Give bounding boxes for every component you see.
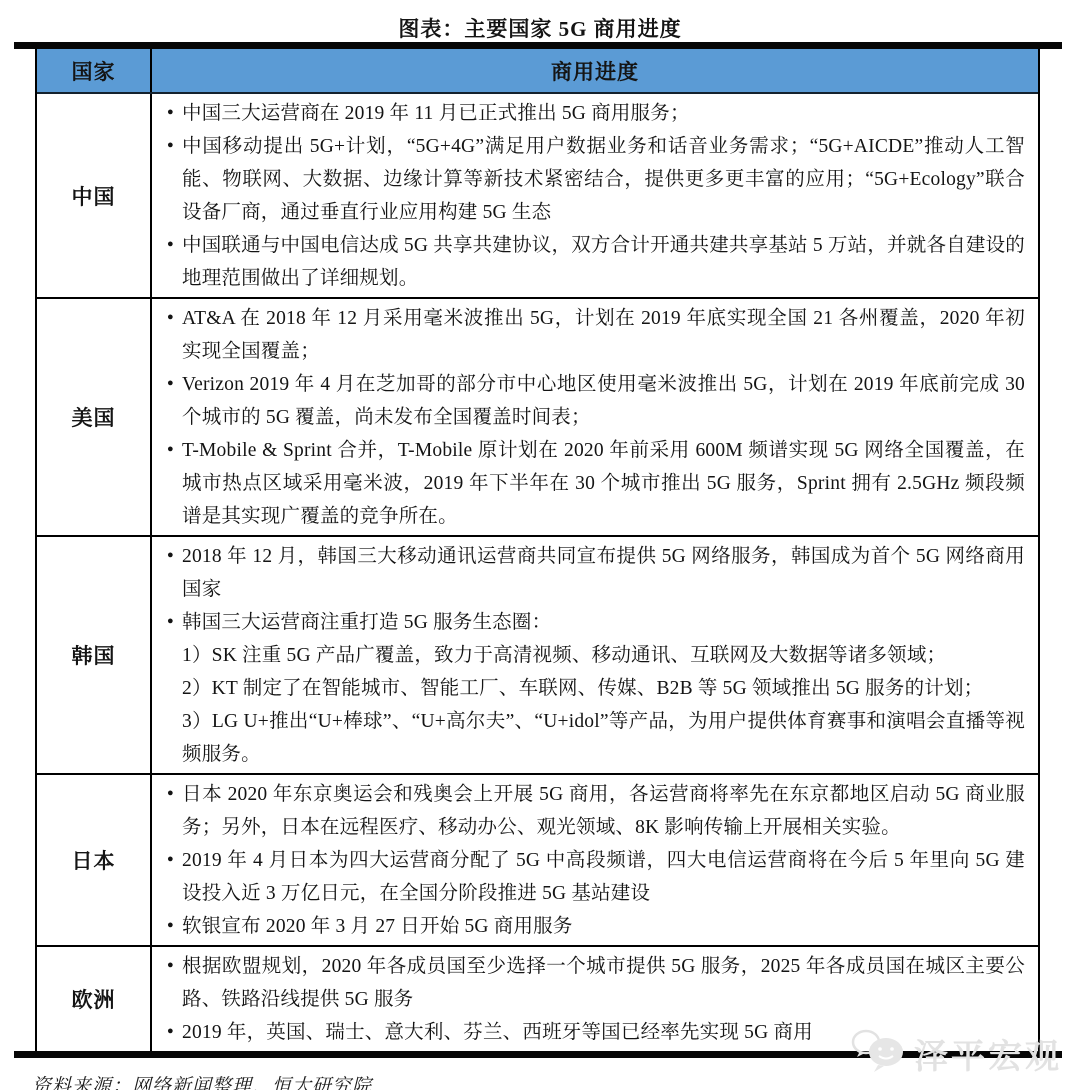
country-label: 韩国 [72,640,116,670]
header-cell-progress: 商用进度 [152,49,1038,92]
bottom-divider-bar [14,1051,1062,1058]
bullet-icon: ● [167,129,174,162]
table-row: 韩国 ●2018 年 12 月，韩国三大移动通讯运营商共同宣布提供 5G 网络服… [37,537,1038,775]
progress-table: 国家 商用进度 中国 ●中国三大运营商在 2019 年 11 月已正式推出 5G… [35,49,1040,1051]
item-text: 2019 年 4 月日本为四大运营商分配了 5G 中高段频谱，四大电信运营商将在… [182,850,1025,904]
bullet-item: ●软银宣布 2020 年 3 月 27 日开始 5G 商用服务 [162,910,1025,943]
item-text: 2018 年 12 月，韩国三大移动通讯运营商共同宣布提供 5G 网络服务，韩国… [182,546,1025,600]
item-text: Verizon 2019 年 4 月在芝加哥的部分市中心地区使用毫米波推出 5G… [182,374,1025,428]
source-note: 资料来源：网络新闻整理，恒大研究院 [32,1071,1080,1090]
bullet-icon: ● [167,367,174,400]
progress-cell: ●2018 年 12 月，韩国三大移动通讯运营商共同宣布提供 5G 网络服务，韩… [152,537,1038,773]
country-cell: 欧洲 [37,947,152,1051]
table-rows: 中国 ●中国三大运营商在 2019 年 11 月已正式推出 5G 商用服务；●中… [37,94,1038,1051]
progress-cell: ●AT&A 在 2018 年 12 月采用毫米波推出 5G，计划在 2019 年… [152,299,1038,535]
bullet-item: ●根据欧盟规划，2020 年各成员国至少选择一个城市提供 5G 服务，2025 … [162,950,1025,1016]
bullet-item: ●中国三大运营商在 2019 年 11 月已正式推出 5G 商用服务； [162,97,1025,130]
item-text: 根据欧盟规划，2020 年各成员国至少选择一个城市提供 5G 服务，2025 年… [182,956,1025,1010]
bullet-icon: ● [167,539,174,572]
bullet-item: ●Verizon 2019 年 4 月在芝加哥的部分市中心地区使用毫米波推出 5… [162,368,1025,434]
bullet-item: ●AT&A 在 2018 年 12 月采用毫米波推出 5G，计划在 2019 年… [162,302,1025,368]
item-text: 日本 2020 年东京奥运会和残奥会上开展 5G 商用，各运营商将率先在东京都地… [182,784,1025,838]
country-label: 中国 [72,181,116,211]
progress-cell: ●根据欧盟规划，2020 年各成员国至少选择一个城市提供 5G 服务，2025 … [152,947,1038,1051]
table-row: 日本 ●日本 2020 年东京奥运会和残奥会上开展 5G 商用，各运营商将率先在… [37,775,1038,947]
bullet-icon: ● [167,96,174,129]
bullet-icon: ● [167,1015,174,1048]
bullet-icon: ● [167,605,174,638]
bullet-icon: ● [167,843,174,876]
item-text: 1）SK 注重 5G 产品广覆盖，致力于高清视频、移动通讯、互联网及大数据等诸多… [182,645,946,666]
country-label: 欧洲 [72,984,116,1014]
item-text: 2019 年，英国、瑞士、意大利、芬兰、西班牙等国已经率先实现 5G 商用 [182,1022,813,1043]
top-divider-bar [14,42,1062,49]
bullet-item: ●韩国三大运营商注重打造 5G 服务生态圈： [162,606,1025,639]
bullet-icon: ● [167,909,174,942]
table-row: 欧洲 ●根据欧盟规划，2020 年各成员国至少选择一个城市提供 5G 服务，20… [37,947,1038,1051]
item-text: 中国三大运营商在 2019 年 11 月已正式推出 5G 商用服务； [182,103,690,124]
progress-cell: ●日本 2020 年东京奥运会和残奥会上开展 5G 商用，各运营商将率先在东京都… [152,775,1038,945]
item-text: AT&A 在 2018 年 12 月采用毫米波推出 5G，计划在 2019 年底… [182,308,1025,362]
bullet-item: ●中国移动提出 5G+计划，“5G+4G”满足用户数据业务和话音业务需求；“5G… [162,130,1025,229]
item-text: 韩国三大运营商注重打造 5G 服务生态圈： [182,612,551,633]
country-label: 美国 [72,402,116,432]
bullet-icon: ● [167,228,174,261]
bullet-icon: ● [167,949,174,982]
bullet-item: ●2019 年 4 月日本为四大运营商分配了 5G 中高段频谱，四大电信运营商将… [162,844,1025,910]
sub-item: 2）KT 制定了在智能城市、智能工厂、车联网、传媒、B2B 等 5G 领域推出 … [162,672,1025,705]
sub-item: 3）LG U+推出“U+棒球”、“U+高尔夫”、“U+idol”等产品，为用户提… [162,705,1025,771]
table-row: 中国 ●中国三大运营商在 2019 年 11 月已正式推出 5G 商用服务；●中… [37,94,1038,299]
bullet-icon: ● [167,433,174,466]
item-text: 3）LG U+推出“U+棒球”、“U+高尔夫”、“U+idol”等产品，为用户提… [182,711,1025,765]
bullet-icon: ● [167,301,174,334]
item-text: 2）KT 制定了在智能城市、智能工厂、车联网、传媒、B2B 等 5G 领域推出 … [182,678,983,699]
item-text: 软银宣布 2020 年 3 月 27 日开始 5G 商用服务 [182,916,573,937]
progress-cell: ●中国三大运营商在 2019 年 11 月已正式推出 5G 商用服务；●中国移动… [152,94,1038,297]
country-cell: 美国 [37,299,152,535]
bullet-item: ●T-Mobile & Sprint 合并，T-Mobile 原计划在 2020… [162,434,1025,533]
country-cell: 中国 [37,94,152,297]
bullet-item: ●日本 2020 年东京奥运会和残奥会上开展 5G 商用，各运营商将率先在东京都… [162,778,1025,844]
bullet-icon: ● [167,777,174,810]
country-cell: 韩国 [37,537,152,773]
header-cell-country: 国家 [37,49,152,92]
bullet-item: ●2018 年 12 月，韩国三大移动通讯运营商共同宣布提供 5G 网络服务，韩… [162,540,1025,606]
item-text: 中国移动提出 5G+计划，“5G+4G”满足用户数据业务和话音业务需求；“5G+… [182,136,1025,223]
sub-item: 1）SK 注重 5G 产品广覆盖，致力于高清视频、移动通讯、互联网及大数据等诸多… [162,639,1025,672]
item-text: T-Mobile & Sprint 合并，T-Mobile 原计划在 2020 … [182,440,1025,527]
bullet-item: ●中国联通与中国电信达成 5G 共享共建协议，双方合计开通共建共享基站 5 万站… [162,229,1025,295]
item-text: 中国联通与中国电信达成 5G 共享共建协议，双方合计开通共建共享基站 5 万站，… [182,235,1025,289]
country-label: 日本 [72,845,116,875]
table-row: 美国 ●AT&A 在 2018 年 12 月采用毫米波推出 5G，计划在 201… [37,299,1038,537]
country-cell: 日本 [37,775,152,945]
table-header-row: 国家 商用进度 [37,49,1038,94]
page-title: 图表：主要国家 5G 商用进度 [0,0,1080,42]
bullet-item: ●2019 年，英国、瑞士、意大利、芬兰、西班牙等国已经率先实现 5G 商用 [162,1016,1025,1049]
